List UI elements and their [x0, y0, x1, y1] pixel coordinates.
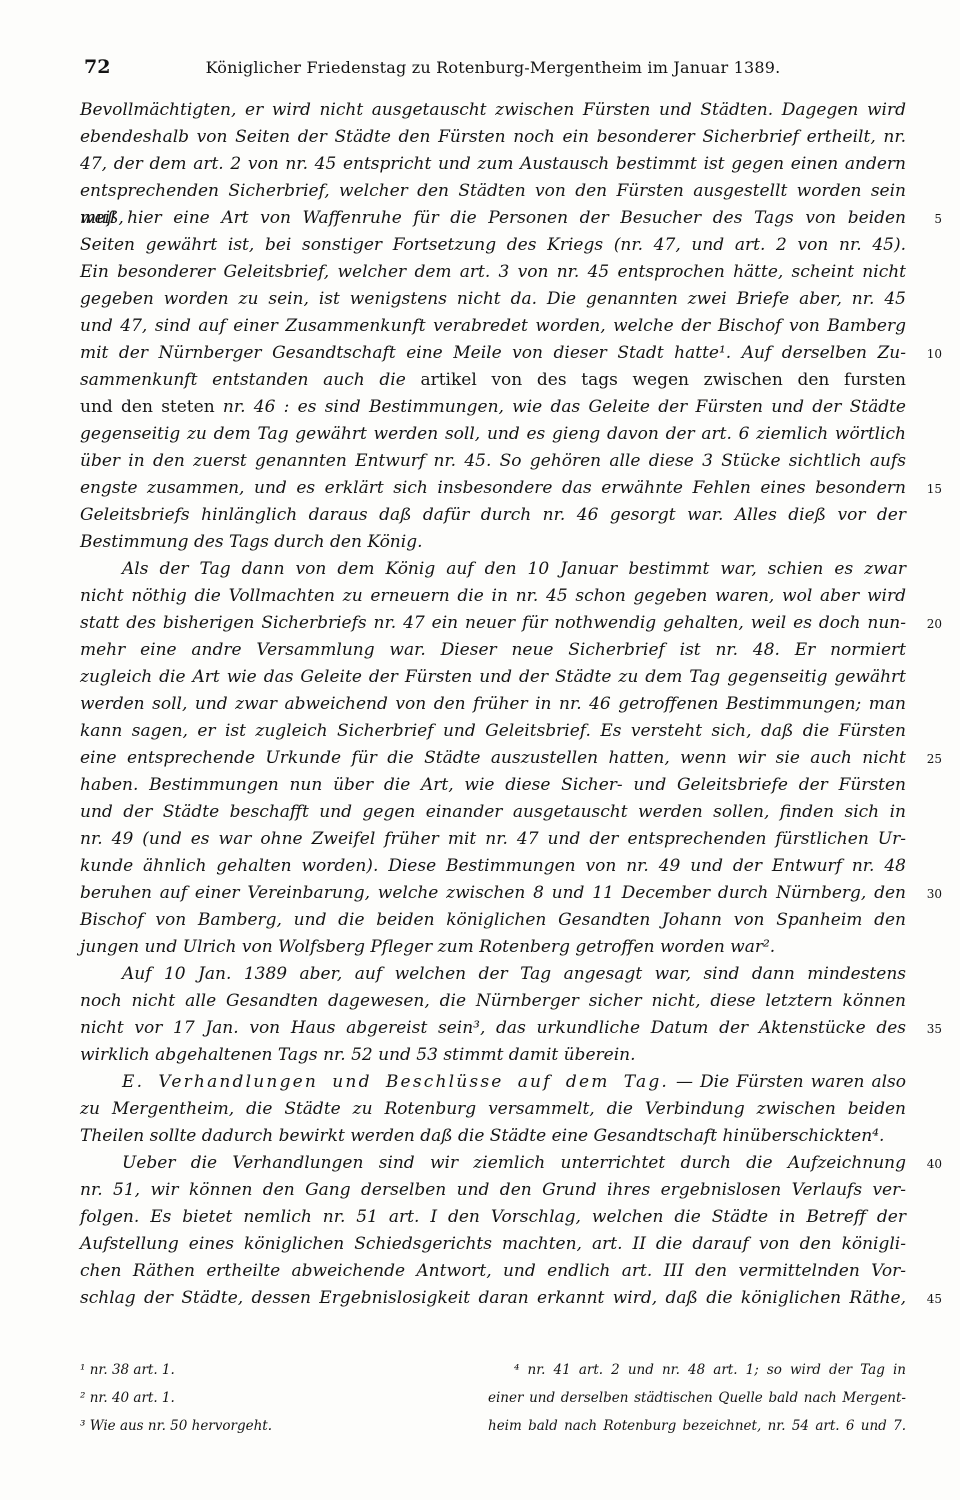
text-segment: Bevollmächtigten, er wird nicht ausgetau…	[80, 100, 906, 120]
line-number: 15	[927, 483, 942, 495]
text-segment: nr. 46 : es sind Bestimmungen, wie das G…	[223, 397, 906, 417]
text-line: schlag der Städte, dessen Ergebnislosigk…	[80, 1285, 906, 1312]
line-number: 20	[927, 618, 942, 630]
text-segment: ebendeshalb von Seiten der Städte den Fü…	[80, 127, 906, 147]
footnotes-right-column: ⁴ nr. 41 art. 2 und nr. 48 art. 1; so wi…	[488, 1356, 906, 1440]
text-line: wirklich abgehaltenen Tags nr. 52 und 53…	[80, 1042, 906, 1069]
text-line: ebendeshalb von Seiten der Städte den Fü…	[80, 124, 906, 151]
text-segment: — Die Fürsten waren also	[669, 1072, 906, 1092]
text-line: nr. 49 (und es war ohne Zweifel früher m…	[80, 826, 906, 853]
footnote: heim bald nach Rotenburg bezeichnet, nr.…	[488, 1412, 906, 1440]
footnotes: ¹ nr. 38 art. 1.² nr. 40 art. 1.³ Wie au…	[80, 1356, 906, 1440]
text-segment: E. Verhandlungen und Beschlüsse auf dem …	[122, 1072, 669, 1092]
book-page: 72 Königlicher Friedenstag zu Rotenburg-…	[0, 0, 960, 1500]
text-line: statt des bisherigen Sicherbriefs nr. 47…	[80, 610, 906, 637]
body-text: Bevollmächtigten, er wird nicht ausgetau…	[80, 97, 906, 1312]
text-line: entsprechenden Sicherbrief, welcher den …	[80, 178, 906, 205]
text-segment: Auf 10 Jan. 1389 aber, auf welchen der T…	[122, 964, 906, 984]
text-segment: Als der Tag dann von dem König auf den 1…	[122, 559, 906, 579]
page-title: Königlicher Friedenstag zu Rotenburg-Mer…	[80, 56, 906, 77]
text-segment: schlag der Städte, dessen Ergebnislosigk…	[80, 1288, 906, 1308]
text-line: über in den zuerst genannten Entwurf nr.…	[80, 448, 906, 475]
text-line: gegenseitig zu dem Tag gewährt werden so…	[80, 421, 906, 448]
footnote: einer und derselben städtischen Quelle b…	[488, 1384, 906, 1412]
text-segment: mehr eine andre Versammlung war. Dieser …	[80, 640, 906, 660]
text-segment: nicht vor 17 Jan. von Haus abgereist sei…	[80, 1018, 906, 1038]
text-segment: jungen und Ulrich von Wolfsberg Pfleger …	[80, 937, 775, 957]
text-segment: Seiten gewährt ist, bei sonstiger Fortse…	[80, 235, 906, 255]
text-segment: und 47, sind auf einer Zusammenkunft ver…	[80, 316, 906, 336]
line-number: 35	[927, 1023, 942, 1035]
text-segment: haben. Bestimmungen nun über die Art, wi…	[80, 775, 906, 795]
text-segment: chen Räthen ertheilte abweichende Antwor…	[80, 1261, 906, 1281]
text-segment: artikel von des tags wegen zwischen den …	[420, 370, 906, 390]
text-line: Ein besonderer Geleitsbrief, welcher dem…	[80, 259, 906, 286]
text-segment: beruhen auf einer Vereinbarung, welche z…	[80, 883, 906, 903]
text-line: Ueber die Verhandlungen sind wir ziemlic…	[80, 1150, 906, 1177]
text-line: nicht vor 17 Jan. von Haus abgereist sei…	[80, 1015, 906, 1042]
text-segment: Aufstellung eines königlichen Schiedsger…	[80, 1234, 906, 1254]
text-line: und den steten nr. 46 : es sind Bestimmu…	[80, 394, 906, 421]
line-number: 45	[927, 1293, 942, 1305]
text-line: Seiten gewährt ist, bei sonstiger Fortse…	[80, 232, 906, 259]
text-line: kunde ähnlich gehalten worden). Diese Be…	[80, 853, 906, 880]
text-segment: zu Mergentheim, die Städte zu Rotenburg …	[80, 1099, 906, 1119]
text-segment: gegenseitig zu dem Tag gewährt werden so…	[80, 424, 906, 444]
text-line: 47, der dem art. 2 von nr. 45 entspricht…	[80, 151, 906, 178]
text-segment: Ein besonderer Geleitsbrief, welcher dem…	[80, 262, 906, 282]
text-line: Auf 10 Jan. 1389 aber, auf welchen der T…	[80, 961, 906, 988]
text-line: Bestimmung des Tags durch den König.	[80, 529, 906, 556]
footnotes-left-column: ¹ nr. 38 art. 1.² nr. 40 art. 1.³ Wie au…	[80, 1356, 440, 1440]
text-line: mit der Nürnberger Gesandtschaft eine Me…	[80, 340, 906, 367]
text-segment: weil hier eine Art von Waffenruhe für di…	[80, 208, 906, 228]
text-segment: und den steten	[80, 397, 223, 417]
text-line: kann sagen, er ist zugleich Sicherbrief …	[80, 718, 906, 745]
text-segment: Theilen sollte dadurch bewirkt werden da…	[80, 1126, 884, 1146]
text-segment: noch nicht alle Gesandten dagewesen, die…	[80, 991, 906, 1011]
footnote: ³ Wie aus nr. 50 hervorgeht.	[80, 1412, 440, 1440]
text-segment: 47, der dem art. 2 von nr. 45 entspricht…	[80, 154, 906, 174]
running-head: 72 Königlicher Friedenstag zu Rotenburg-…	[80, 56, 906, 82]
text-line: noch nicht alle Gesandten dagewesen, die…	[80, 988, 906, 1015]
text-line: beruhen auf einer Vereinbarung, welche z…	[80, 880, 906, 907]
text-segment: kunde ähnlich gehalten worden). Diese Be…	[80, 856, 906, 876]
text-segment: Bestimmung des Tags durch den König.	[80, 532, 422, 552]
line-number: 5	[934, 213, 942, 225]
text-segment: gegeben worden zu sein, ist wenigstens n…	[80, 289, 906, 309]
text-line: folgen. Es bietet nemlich nr. 51 art. I …	[80, 1204, 906, 1231]
text-segment: zugleich die Art wie das Geleite der Für…	[80, 667, 906, 687]
text-line: weil hier eine Art von Waffenruhe für di…	[80, 205, 906, 232]
text-line: zugleich die Art wie das Geleite der Für…	[80, 664, 906, 691]
text-segment: Ueber die Verhandlungen sind wir ziemlic…	[122, 1153, 906, 1173]
text-segment: nr. 51, wir können den Gang derselben un…	[80, 1180, 906, 1200]
text-line: haben. Bestimmungen nun über die Art, wi…	[80, 772, 906, 799]
text-line: zu Mergentheim, die Städte zu Rotenburg …	[80, 1096, 906, 1123]
text-segment: mit der Nürnberger Gesandtschaft eine Me…	[80, 343, 906, 363]
text-line: Bischof von Bamberg, und die beiden köni…	[80, 907, 906, 934]
text-segment: nr. 49 (und es war ohne Zweifel früher m…	[80, 829, 906, 849]
footnote: ¹ nr. 38 art. 1.	[80, 1356, 440, 1384]
text-line: E. Verhandlungen und Beschlüsse auf dem …	[80, 1069, 906, 1096]
page-number: 72	[84, 56, 110, 78]
line-number: 10	[927, 348, 942, 360]
text-line: Geleitsbriefs hinlänglich daraus daß daf…	[80, 502, 906, 529]
text-line: chen Räthen ertheilte abweichende Antwor…	[80, 1258, 906, 1285]
text-segment: wirklich abgehaltenen Tags nr. 52 und 53…	[80, 1045, 635, 1065]
text-line: gegeben worden zu sein, ist wenigstens n…	[80, 286, 906, 313]
text-line: nr. 51, wir können den Gang derselben un…	[80, 1177, 906, 1204]
text-segment: statt des bisherigen Sicherbriefs nr. 47…	[80, 613, 906, 633]
text-segment: über in den zuerst genannten Entwurf nr.…	[80, 451, 906, 471]
text-line: Als der Tag dann von dem König auf den 1…	[80, 556, 906, 583]
text-line: Theilen sollte dadurch bewirkt werden da…	[80, 1123, 906, 1150]
text-line: mehr eine andre Versammlung war. Dieser …	[80, 637, 906, 664]
text-segment: Geleitsbriefs hinlänglich daraus daß daf…	[80, 505, 906, 525]
line-number: 30	[927, 888, 942, 900]
text-line: und der Städte beschafft und gegen einan…	[80, 799, 906, 826]
text-line: Bevollmächtigten, er wird nicht ausgetau…	[80, 97, 906, 124]
line-number: 40	[885, 1158, 942, 1170]
text-line: nicht nöthig die Vollmachten zu erneuern…	[80, 583, 906, 610]
text-line: eine entsprechende Urkunde für die Städt…	[80, 745, 906, 772]
text-line: jungen und Ulrich von Wolfsberg Pfleger …	[80, 934, 906, 961]
footnote: ⁴ nr. 41 art. 2 und nr. 48 art. 1; so wi…	[488, 1356, 906, 1384]
text-segment: nicht nöthig die Vollmachten zu erneuern…	[80, 586, 906, 606]
footnote: ² nr. 40 art. 1.	[80, 1384, 440, 1412]
text-line: engste zusammen, und es erklärt sich ins…	[80, 475, 906, 502]
text-line: sammenkunft entstanden auch die artikel …	[80, 367, 906, 394]
text-segment: Bischof von Bamberg, und die beiden köni…	[80, 910, 906, 930]
text-segment: engste zusammen, und es erklärt sich ins…	[80, 478, 906, 498]
text-segment: kann sagen, er ist zugleich Sicherbrief …	[80, 721, 906, 741]
text-segment: sammenkunft entstanden auch die	[80, 370, 420, 390]
text-segment: eine entsprechende Urkunde für die Städt…	[80, 748, 906, 768]
text-line: und 47, sind auf einer Zusammenkunft ver…	[80, 313, 906, 340]
text-segment: und der Städte beschafft und gegen einan…	[80, 802, 906, 822]
text-line: werden soll, und zwar abweichend von den…	[80, 691, 906, 718]
text-segment: folgen. Es bietet nemlich nr. 51 art. I …	[80, 1207, 906, 1227]
text-line: Aufstellung eines königlichen Schiedsger…	[80, 1231, 906, 1258]
text-segment: werden soll, und zwar abweichend von den…	[80, 694, 906, 714]
line-number: 25	[927, 753, 942, 765]
